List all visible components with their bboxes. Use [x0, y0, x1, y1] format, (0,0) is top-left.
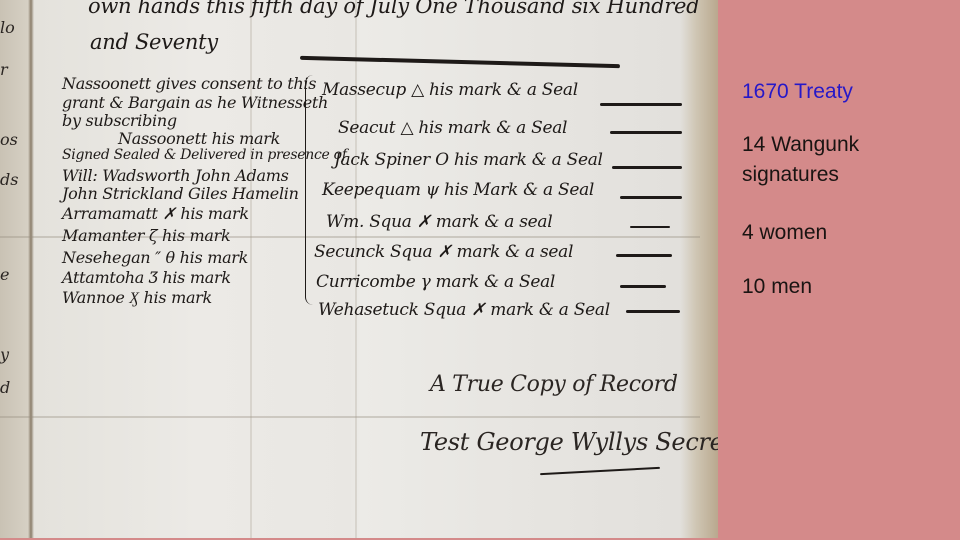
signatory-seacut: Seacut △ his mark & a Seal: [338, 118, 567, 138]
ink-flourish: [620, 196, 682, 199]
point-signatures-line-1: 14 Wangunk: [742, 133, 859, 156]
document-header-line-2: and Seventy: [90, 30, 218, 54]
ink-flourish: [300, 56, 620, 68]
ink-flourish: [600, 103, 682, 106]
witnesses-row-2: John Strickland Giles Hamelin: [62, 184, 299, 203]
ink-flourish: [620, 285, 666, 288]
adjoining-page-fragment: os: [0, 130, 18, 149]
adjoining-page-fragment: r: [0, 60, 8, 79]
signatory-keepequam: Keepequam ψ his Mark & a Seal: [322, 180, 594, 200]
ink-flourish: [616, 254, 672, 257]
point-women: 4 women: [742, 218, 827, 248]
adjoining-page-fragment: ds: [0, 170, 18, 189]
signatory-jack-spiner: Jack Spiner O his mark & a Seal: [334, 150, 603, 170]
ink-flourish: [540, 467, 660, 475]
consent-line-1: Nassoonett gives consent to this: [62, 74, 316, 93]
witness-heading: Signed Sealed & Delivered in presence of: [62, 147, 347, 163]
signatory-mamanter: Mamanter ζ his mark: [62, 226, 230, 245]
signatory-secunck-squa: Secunck Squa ✗ mark & a seal: [314, 242, 573, 262]
paper-fold-horizontal-lower: [0, 416, 700, 418]
signature-brace: [305, 75, 316, 305]
signatory-nesehegan: Nesehegan ″ θ his mark: [62, 248, 248, 267]
signatory-wehasetuck-squa: Wehasetuck Squa ✗ mark & a Seal: [318, 300, 610, 320]
point-signatures-line-2: signatures: [742, 163, 839, 186]
ink-flourish: [612, 166, 682, 169]
witnesses-row-1: Will: Wadsworth John Adams: [62, 166, 289, 185]
secretary-signature: Test George Wyllys Secrety: [420, 428, 718, 456]
true-copy-attestation: A True Copy of Record: [430, 372, 678, 397]
signatory-wannoe: Wannoe Ӽ his mark: [62, 288, 212, 308]
adjoining-page-fragment: y: [0, 345, 9, 364]
ink-flourish: [626, 310, 680, 313]
consent-line-2: grant & Bargain as he Witnesseth: [62, 93, 328, 112]
signatory-attamtoha: Attamtoha Ʒ his mark: [62, 268, 231, 287]
slide-title: 1670 Treaty: [742, 77, 853, 107]
point-men: 10 men: [742, 272, 812, 302]
signatory-curricombe: Curricombe γ mark & a Seal: [316, 272, 555, 292]
signatory-wm-squa: Wm. Squa ✗ mark & a seal: [326, 212, 552, 232]
adjoining-page-fragment: d: [0, 378, 10, 397]
point-signatures: 14 Wangunk signatures: [742, 130, 859, 190]
signatory-arramamatt: Arramamatt ✗ his mark: [62, 204, 249, 223]
adjoining-page-fragment: lo: [0, 18, 15, 37]
treaty-document-photo: lo r os ds e y d own hands this fifth da…: [0, 0, 718, 538]
slide: lo r os ds e y d own hands this fifth da…: [0, 0, 960, 540]
ink-flourish: [630, 226, 670, 228]
adjoining-page-fragment: e: [0, 265, 9, 284]
consent-line-3: by subscribing: [62, 111, 177, 130]
signatory-massecup: Massecup △ his mark & a Seal: [322, 80, 578, 100]
ink-flourish: [610, 131, 682, 134]
document-header-line-1: own hands this fifth day of July One Tho…: [88, 0, 699, 18]
nassoonett-mark: Nassoonett his mark: [118, 129, 280, 148]
